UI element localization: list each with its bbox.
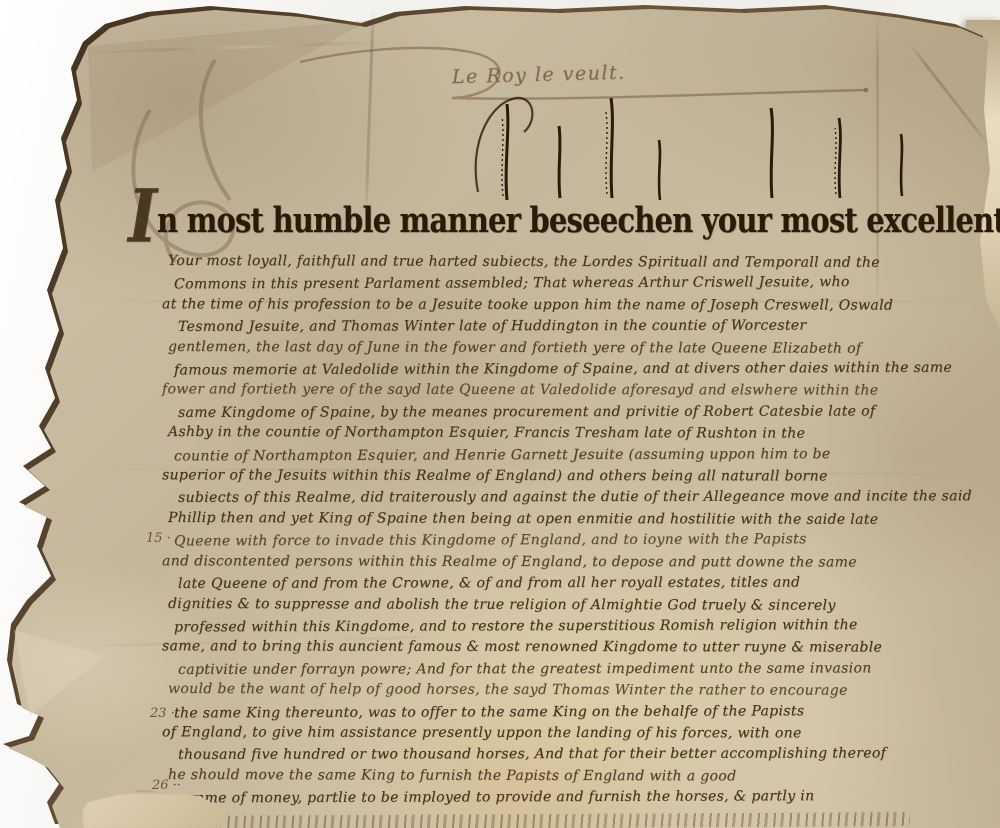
manuscript-line: Tesmond Jesuite, and Thomas Winter late … — [178, 315, 1000, 338]
manuscript-line: Phillip then and yet King of Spaine then… — [168, 508, 992, 532]
manuscript-body: Your most loyall, faithfull and true har… — [168, 252, 992, 809]
manuscript-line: of England, to give him assistance prese… — [162, 722, 986, 745]
manuscript-line: late Queene of and from the Crowne, & of… — [178, 572, 1000, 595]
engrossed-heading: In most humble manner beseechen your mos… — [128, 173, 998, 259]
heading-text: n most humble manner beseechen your most… — [157, 200, 1000, 240]
manuscript-line: thousand five hundred or two thousand ho… — [178, 743, 1000, 766]
illuminated-initial: I — [128, 173, 157, 259]
manuscript-line: gentlemen, the last day of June in the f… — [168, 337, 992, 361]
manuscript-line: same, and to bring this auncient famous … — [162, 637, 986, 660]
manuscript-line: Queene with force to invade this Kingdom… — [174, 529, 998, 553]
manuscript-line: fower and fortieth yere of the sayd late… — [162, 380, 986, 403]
manuscript-line: he should move the same King to furnish … — [168, 765, 992, 789]
photo-background: Le Roy le veult. In most humble manner b… — [0, 0, 1000, 828]
margin-number: 15 · — [146, 531, 171, 546]
manuscript-line: Ashby in the countie of Northampton Esqu… — [168, 422, 992, 446]
margin-number: 26 ·· — [152, 778, 181, 793]
cropped-text-line — [180, 812, 910, 828]
manuscript-line: countie of Northampton Esquier, and Henr… — [174, 443, 998, 467]
manuscript-line: dignities & to suppresse and abolish the… — [168, 593, 992, 617]
manuscript-line: at the time of his profession to be a Je… — [162, 294, 986, 317]
manuscript-line: captivitie under forrayn powre; And for … — [178, 658, 1000, 681]
manuscript-line: subiects of this Realme, did traiterousl… — [178, 487, 1000, 510]
manuscript-line: famous memorie at Valedolide within the … — [174, 358, 998, 382]
royal-assent-inscription: Le Roy le veult. — [452, 62, 626, 89]
manuscript-line: and discontented persons within this Rea… — [162, 551, 986, 574]
manuscript-line: Your most loyall, faithfull and true har… — [168, 251, 992, 275]
manuscript-line: summe of money, partlie to be imployed t… — [174, 786, 998, 810]
margin-number: 23 · — [150, 706, 175, 721]
manuscript-line: would be the want of help of good horses… — [168, 679, 992, 703]
manuscript-line: Commons in this present Parlament assemb… — [174, 272, 998, 296]
manuscript-line: the same King thereunto, was to offer to… — [174, 700, 998, 724]
manuscript-line: professed within this Kingdome, and to r… — [174, 614, 998, 638]
manuscript-line: same Kingdome of Spaine, by the meanes p… — [178, 401, 1000, 424]
manuscript-line: superior of the Jesuits within this Real… — [162, 465, 986, 488]
